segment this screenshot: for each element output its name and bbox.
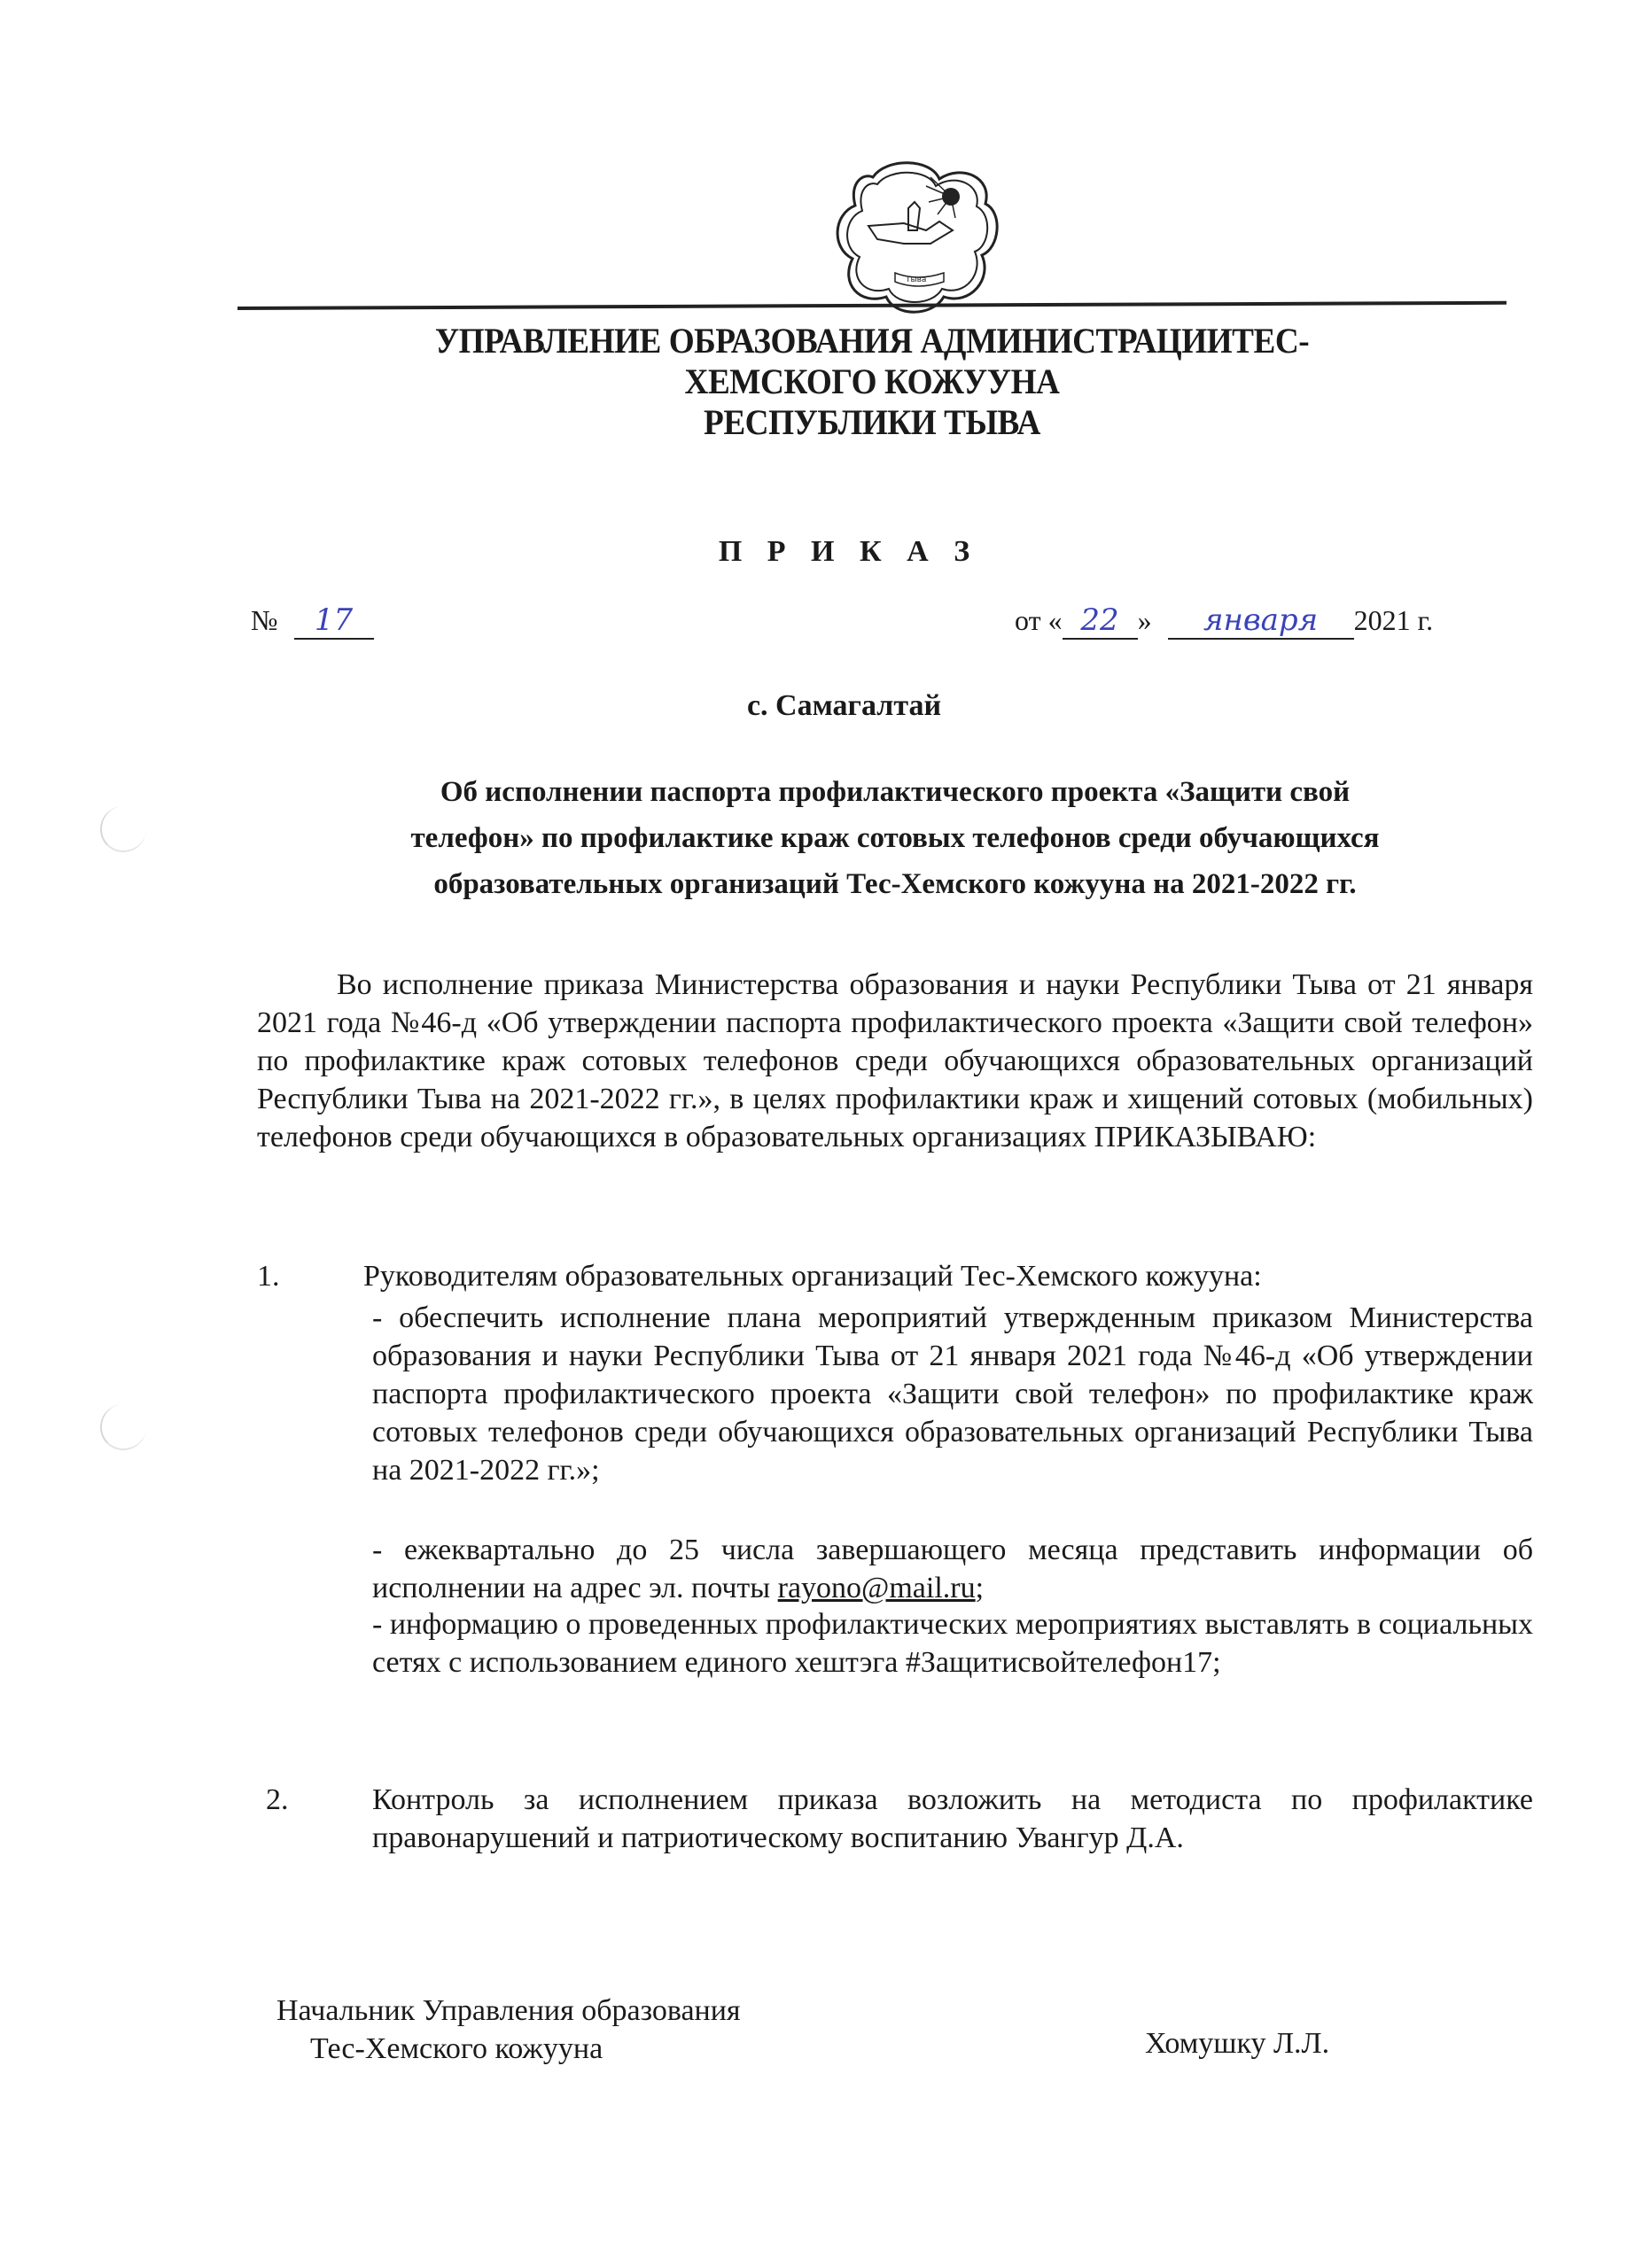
order-subject: Об исполнении паспорта профилактического… <box>301 769 1489 907</box>
signatory-name: Хомушку Л.Л. <box>1145 2027 1329 2061</box>
email-link[interactable]: rayono@mail.ru <box>778 1572 976 1604</box>
number-label: № <box>251 604 278 636</box>
subitem-ensure-plan: - обеспечить исполнение плана мероприяти… <box>372 1299 1533 1489</box>
subitem-social-media: - информацию о проведенных профилактичес… <box>372 1605 1533 1682</box>
organization-line: РЕСПУБЛИКИ ТЫВА <box>282 402 1462 443</box>
item-number: 2. <box>266 1781 289 1819</box>
date-prefix: от « <box>1015 604 1063 636</box>
subject-line: образовательных организаций Тес-Хемского… <box>301 861 1489 907</box>
subitem-punctuation: ; <box>976 1572 984 1604</box>
item-text: Руководителям образовательных организаци… <box>363 1260 1262 1293</box>
punch-hole-mark <box>100 1404 146 1450</box>
organization-line: УПРАВЛЕНИЕ ОБРАЗОВАНИЯ АДМИНИСТРАЦИИТЕС- <box>282 321 1462 361</box>
item-number: 1. <box>257 1260 363 1293</box>
date-suffix: 2021 г. <box>1354 604 1434 636</box>
order-number: № 17 <box>251 602 374 640</box>
document-title: П Р И К А З <box>0 535 1635 569</box>
order-number-value: 17 <box>294 602 374 640</box>
svg-text:Тыва: Тыва <box>905 276 926 284</box>
order-item-2: 2. Контроль за исполнением приказа возло… <box>266 1781 1533 1857</box>
position-line: Начальник Управления образования <box>276 1992 741 2030</box>
subitem-quarterly-report: - ежеквартально до 25 числа завершающего… <box>372 1531 1533 1607</box>
subject-line: телефон» по профилактике краж сотовых те… <box>301 815 1489 861</box>
signatory-position: Начальник Управления образования Тес-Хем… <box>276 1992 741 2068</box>
punch-hole-mark <box>100 806 146 852</box>
organization-line: ХЕМСКОГО КОЖУУНА <box>282 361 1462 402</box>
place-of-issue: с. Самагалтай <box>0 689 1635 723</box>
preamble-paragraph: Во исполнение приказа Министерства образ… <box>257 966 1533 1156</box>
order-date: от «22» января2021 г. <box>1015 602 1433 640</box>
organization-header: УПРАВЛЕНИЕ ОБРАЗОВАНИЯ АДМИНИСТРАЦИИТЕС-… <box>282 321 1462 443</box>
item-text: Контроль за исполнением приказа возложит… <box>372 1781 1533 1857</box>
date-month: января <box>1168 602 1354 640</box>
subject-line: Об исполнении паспорта профилактического… <box>301 769 1489 815</box>
order-item-1: 1.Руководителям образовательных организа… <box>257 1260 1533 1293</box>
tuva-coat-of-arms-icon: Тыва <box>771 159 1063 319</box>
position-line: Тес-Хемского кожууна <box>276 2030 741 2068</box>
date-day: 22 <box>1063 602 1138 640</box>
date-mid: » <box>1138 604 1152 636</box>
